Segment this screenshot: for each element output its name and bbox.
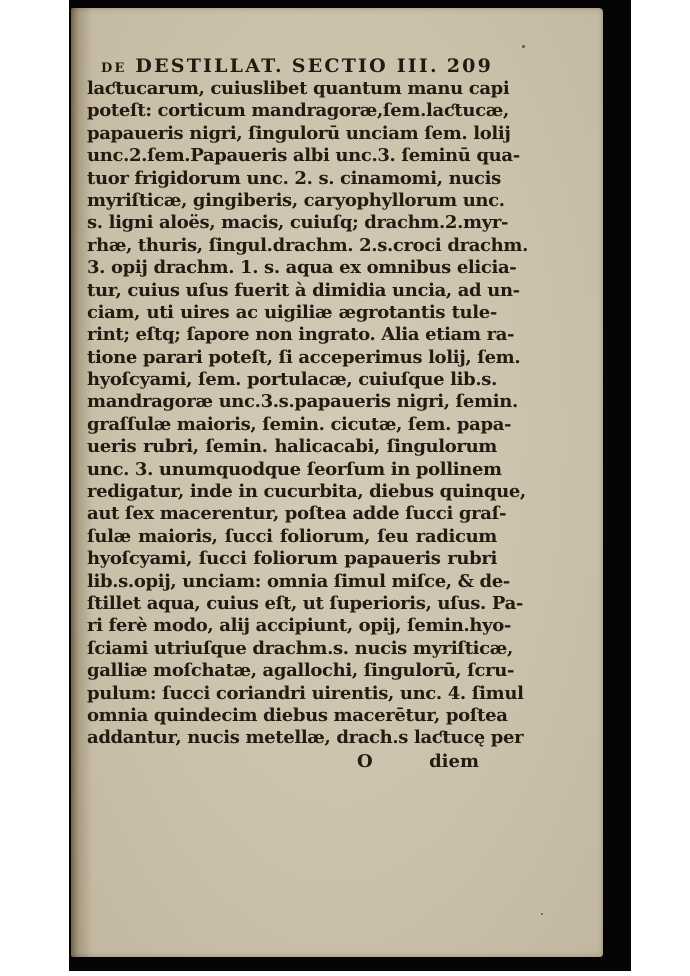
section-label: SECTIO III.	[292, 54, 439, 78]
title: DESTILLAT.	[135, 55, 283, 77]
text-line: 3. opij drachm. 1. s. aqua ex omnibus el…	[87, 257, 497, 279]
text-line: omnia quindecim diebus macerētur, poſtea	[87, 705, 497, 727]
catchword: diem	[429, 750, 479, 774]
text-line: ſulæ maioris, ſucci foliorum, ſeu radicu…	[87, 526, 497, 548]
text-line: tuor frigidorum unc. 2. s. cinamomi, nuc…	[87, 168, 497, 190]
page-number: 209	[447, 54, 493, 78]
text-line: redigatur, inde in cucurbita, diebus qui…	[87, 481, 497, 503]
text-line: tione parari poteſt, ſi acceperimus loli…	[87, 347, 497, 369]
text-line: unc. 3. unumquodque ſeorſum in pollinem	[87, 459, 497, 481]
text-line: poteſt: corticum mandragoræ,ſem.laƈtucæ,	[87, 100, 497, 122]
text-line: hyoſcyami, ſucci foliorum papaueris rubr…	[87, 548, 497, 570]
text-block: DE DESTILLAT. SECTIO III. 209 laƈtucarum…	[87, 54, 497, 774]
text-line: graſſulæ maioris, ſemin. cicutæ, ſem. pa…	[87, 414, 497, 436]
text-line: aut ſex macerentur, poſtea adde ſucci gr…	[87, 503, 497, 525]
signature-mark: O	[357, 750, 373, 774]
text-line: laƈtucarum, cuiuslibet quantum manu capi	[87, 78, 497, 100]
title-prefix: DE	[101, 61, 127, 76]
text-line: ciam, uti uires ac uigiliæ ægrotantis tu…	[87, 302, 497, 324]
text-line: ſciami utriuſque drachm.s. nucis myriſti…	[87, 638, 497, 660]
paper-speck	[522, 45, 525, 48]
text-line: ri ferè modo, alij accipiunt, opij, ſemi…	[87, 615, 497, 637]
text-line: hyoſcyami, ſem. portulacæ, cuiuſque lib.…	[87, 369, 497, 391]
text-line: rhæ, thuris, ſingul.drachm. 2.s.croci dr…	[87, 235, 497, 257]
text-line: lib.s.opij, unciam: omnia ſimul miſce, &…	[87, 571, 497, 593]
text-line: rint; eſtq; ſapore non ingrato. Alia eti…	[87, 324, 497, 346]
book-page: DE DESTILLAT. SECTIO III. 209 laƈtucarum…	[71, 8, 603, 957]
running-head: DE DESTILLAT. SECTIO III. 209	[87, 54, 497, 78]
text-line: pulum: ſucci coriandri uirentis, unc. 4.…	[87, 683, 497, 705]
page-footer: O diem	[87, 750, 497, 774]
text-line: tur, cuius uſus fuerit à dimidia uncia, …	[87, 280, 497, 302]
running-title: DE DESTILLAT.	[101, 54, 284, 81]
text-line: myriſticæ, gingiberis, caryophyllorum un…	[87, 190, 497, 212]
text-line: unc.2.ſem.Papaueris albi unc.3. ſeminū q…	[87, 145, 497, 167]
text-line: s. ligni aloës, macis, cuiuſq; drachm.2.…	[87, 212, 497, 234]
text-line: addantur, nucis metellæ, drach.s laƈtucę…	[87, 727, 497, 749]
text-line: ſtillet aqua, cuius eſt, ut ſuperioris, …	[87, 593, 497, 615]
text-line: galliæ moſchatæ, agallochi, ſingulorū, ſ…	[87, 660, 497, 682]
paper-speck	[541, 913, 543, 915]
text-line: papaueris nigri, ſingulorū unciam ſem. l…	[87, 123, 497, 145]
text-line: ueris rubri, ſemin. halicacabi, ſingulor…	[87, 436, 497, 458]
text-line: mandragoræ unc.3.s.papaueris nigri, ſemi…	[87, 391, 497, 413]
